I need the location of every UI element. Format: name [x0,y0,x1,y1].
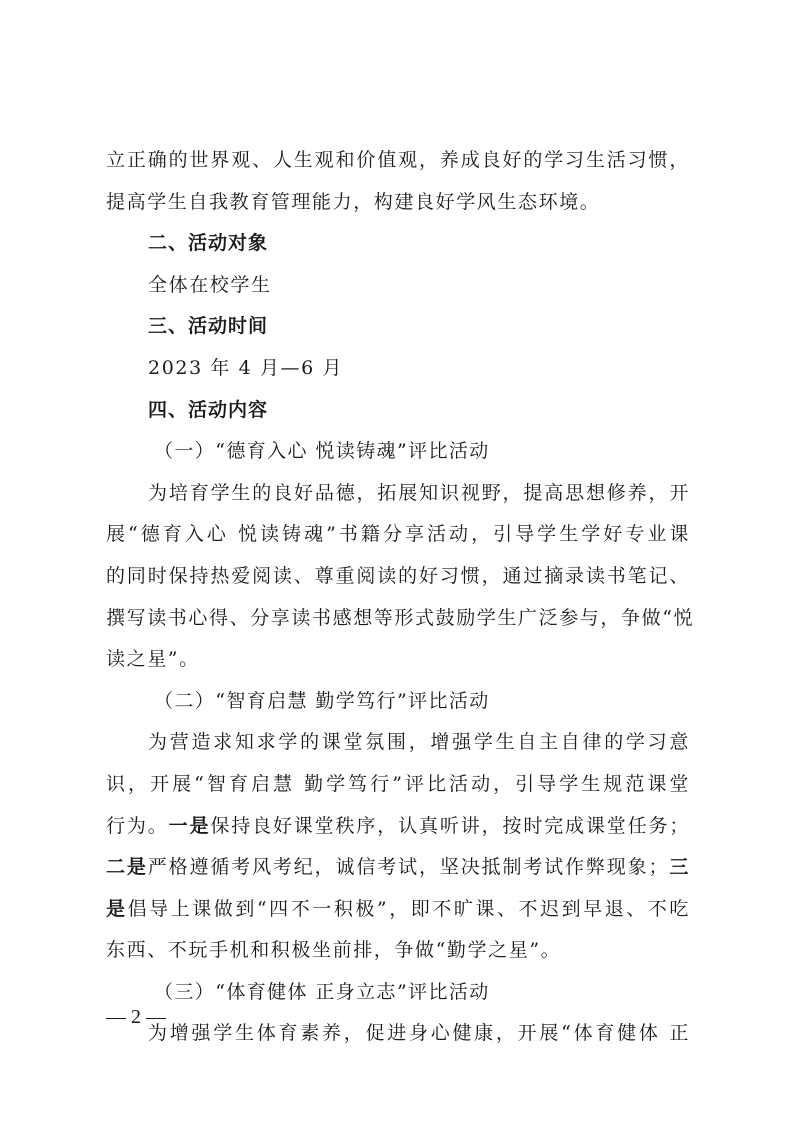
paragraph-line: 为培育学生的良好品德，拓展知识视野，提高思想修养，开 [106,473,690,515]
paragraph-line: 2023 年 4 月—6 月 [106,348,696,390]
paragraph-line: 提高学生自我教育管理能力，构建良好学风生态环境。 [106,182,696,224]
subsection-heading-3: （三）“体育健体 正身立志”评比活动 [106,972,696,1014]
paragraph-line: 二是严格遵循考风考纪，诚信考试，坚决抵制考试作弊现象；三 [106,847,690,889]
paragraph-line: 识，开展“智育启慧 勤学笃行”评比活动，引导学生规范课堂 [106,764,690,806]
emphasis-text: 二是 [106,856,148,878]
paragraph-line: 是倡导上课做到“四不一积极”，即不旷课、不迟到早退、不吃 [106,889,690,931]
paragraph-line: 行为。一是保持良好课堂秩序，认真听讲，按时完成课堂任务； [106,806,690,848]
section-heading-content: 四、活动内容 [106,390,696,432]
section-heading-target: 二、活动对象 [106,223,696,265]
subsection-heading-1: （一）“德育入心 悦读铸魂”评比活动 [106,431,696,473]
emphasis-text: 三 [669,856,690,878]
text-run: 行为。 [106,815,169,837]
subsection-heading-2: （二）“智育启慧 勤学笃行”评比活动 [106,681,696,723]
paragraph-line: 东西、不玩手机和积极坐前排，争做“勤学之星”。 [106,930,696,972]
paragraph-line: 的同时保持热爱阅读、尊重阅读的好习惯，通过摘录读书笔记、 [106,556,690,598]
page-number: — 2 — [106,1006,166,1029]
document-page: 立正确的世界观、人生观和价值观，养成良好的学习生活习惯， 提高学生自我教育管理能… [0,0,794,1123]
text-run: 倡导上课做到“四不一积极”，即不旷课、不迟到早退、不吃 [128,898,690,920]
paragraph-line: 立正确的世界观、人生观和价值观，养成良好的学习生活习惯， [106,140,690,182]
paragraph-line: 读之星”。 [106,639,696,681]
paragraph-line: 全体在校学生 [106,265,696,307]
section-heading-time: 三、活动时间 [106,306,696,348]
paragraph-line: 为营造求知求学的课堂氛围，增强学生自主自律的学习意 [106,722,690,764]
text-run: 严格遵循考风考纪，诚信考试，坚决抵制考试作弊现象； [148,856,669,878]
paragraph-line: 展“德育入心 悦读铸魂”书籍分享活动，引导学生学好专业课 [106,514,690,556]
document-body: 立正确的世界观、人生观和价值观，养成良好的学习生活习惯， 提高学生自我教育管理能… [106,140,696,1055]
paragraph-line: 撰写读书心得、分享读书感想等形式鼓励学生广泛参与，争做“悦 [106,598,690,640]
paragraph-line: 为增强学生体育素养，促进身心健康，开展“体育健体 正 [106,1013,690,1055]
emphasis-text: 是 [106,898,128,920]
text-run: 保持良好课堂秩序，认真听讲，按时完成课堂任务； [210,815,690,837]
emphasis-text: 一是 [169,815,211,837]
